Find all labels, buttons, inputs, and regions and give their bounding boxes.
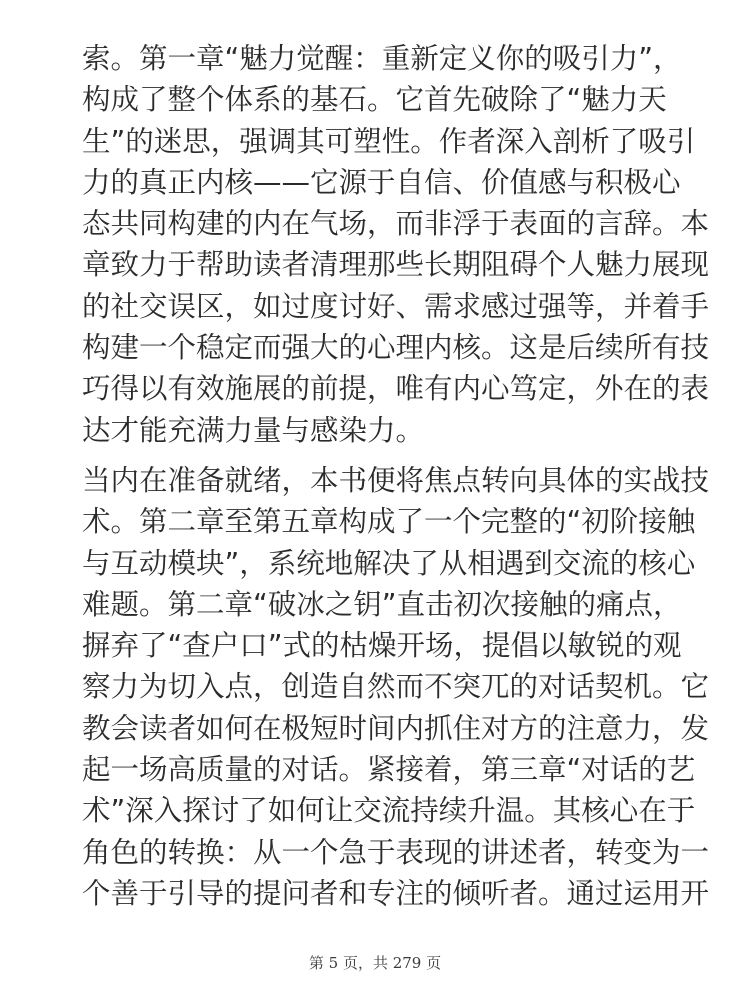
- text-line: 生”的迷思，强调其可塑性。作者深入剖析了吸引: [82, 121, 682, 162]
- paragraph-1: 索。第一章“魅力觉醒：重新定义你的吸引力”， 构成了整个体系的基石。它首先破除了…: [82, 38, 682, 451]
- text-line: 摒弃了“查户口”式的枯燥开场，提倡以敏锐的观: [82, 625, 682, 666]
- text-line: 达才能充满力量与感染力。: [82, 410, 682, 451]
- paragraph-2: 当内在准备就绪，本书便将焦点转向具体的实战技 术。第二章至第五章构成了一个完整的…: [82, 460, 682, 914]
- text-line: 难题。第二章“破冰之钥”直击初次接触的痛点，: [82, 584, 682, 625]
- text-line: 教会读者如何在极短时间内抓住对方的注意力，发: [82, 708, 682, 749]
- text-line: 索。第一章“魅力觉醒：重新定义你的吸引力”，: [82, 38, 682, 79]
- text-line: 个善于引导的提问者和专注的倾听者。通过运用开: [82, 873, 682, 914]
- text-line: 起一场高质量的对话。紧接着，第三章“对话的艺: [82, 749, 682, 790]
- text-line: 与互动模块”，系统地解决了从相遇到交流的核心: [82, 543, 682, 584]
- document-page: 索。第一章“魅力觉醒：重新定义你的吸引力”， 构成了整个体系的基石。它首先破除了…: [82, 38, 682, 923]
- page-indicator: 第 5 页，共 279 页: [0, 952, 750, 973]
- text-line: 章致力于帮助读者清理那些长期阻碍个人魅力展现: [82, 244, 682, 285]
- text-line: 术。第二章至第五章构成了一个完整的“初阶接触: [82, 501, 682, 542]
- text-line: 构成了整个体系的基石。它首先破除了“魅力天: [82, 79, 682, 120]
- text-line: 术”深入探讨了如何让交流持续升温。其核心在于: [82, 790, 682, 831]
- text-line: 察力为切入点，创造自然而不突兀的对话契机。它: [82, 666, 682, 707]
- text-line: 当内在准备就绪，本书便将焦点转向具体的实战技: [82, 460, 682, 501]
- text-line: 构建一个稳定而强大的心理内核。这是后续所有技: [82, 327, 682, 368]
- text-line: 力的真正内核——它源于自信、价值感与积极心: [82, 162, 682, 203]
- text-line: 巧得以有效施展的前提，唯有内心笃定，外在的表: [82, 368, 682, 409]
- text-line: 角色的转换：从一个急于表现的讲述者，转变为一: [82, 832, 682, 873]
- text-line: 态共同构建的内在气场，而非浮于表面的言辞。本: [82, 203, 682, 244]
- text-line: 的社交误区，如过度讨好、需求感过强等，并着手: [82, 286, 682, 327]
